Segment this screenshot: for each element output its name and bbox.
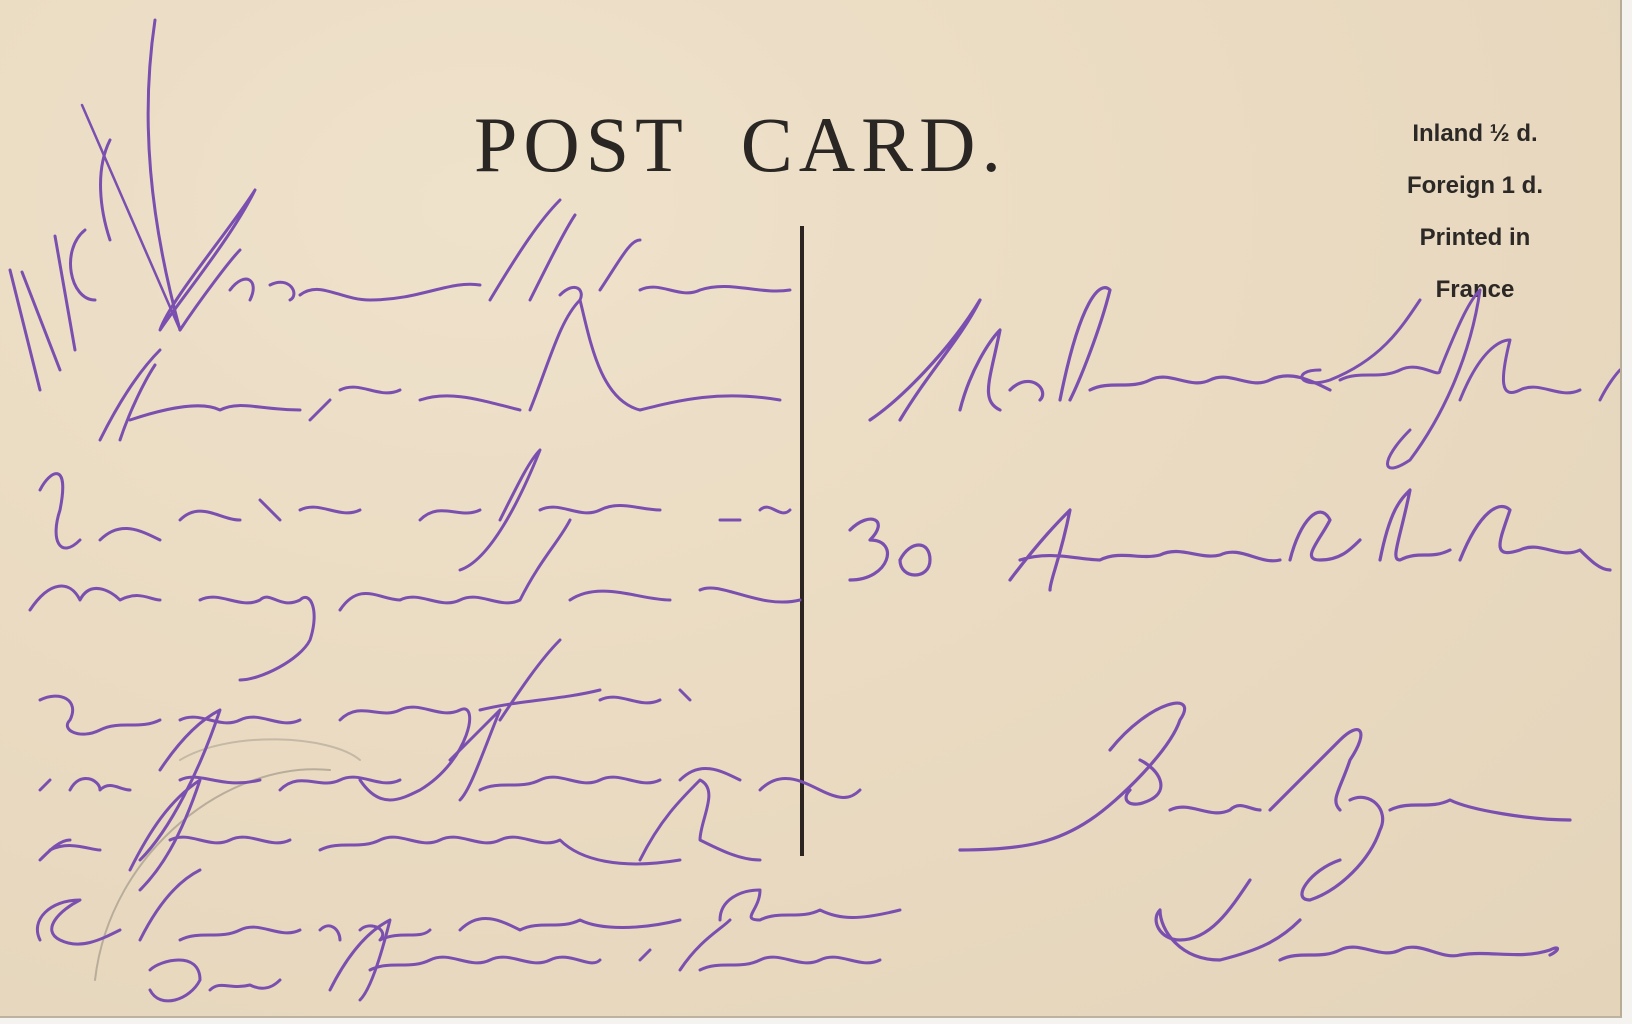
handwriting-ink [0, 0, 1620, 1016]
postcard-back: POSTCARD. Inland ½ d. Foreign 1 d. Print… [0, 0, 1622, 1018]
